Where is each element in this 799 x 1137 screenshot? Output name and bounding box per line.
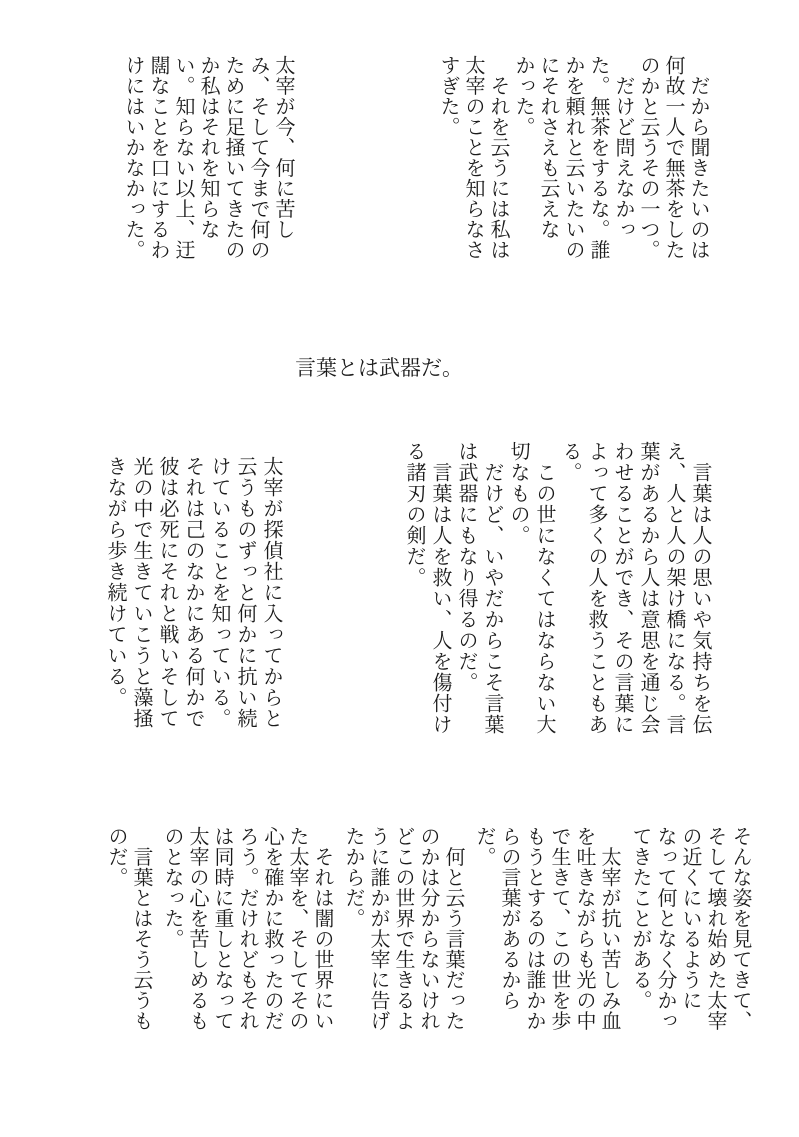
middle-left-text-section: 太宰が探偵社に入ってからと云うものずっと何かに抗い続けていることを知っている。そ…	[102, 456, 284, 730]
bottom-text-section: そんな姿を見てきて、そして壊れ始めた太宰の近くにいるようになって何となく分かって…	[103, 826, 752, 1032]
paragraph: 言葉は人の思いや気持ちを伝え、人と人の架け橋になる。言葉があるから人は意思を通じ…	[557, 441, 713, 736]
divider-line: 言葉とは武器だ。	[295, 352, 463, 382]
paragraph: そんな姿を見てきて、そして壊れ始めた太宰の近くにいるようになって何となく分かって…	[627, 826, 752, 1032]
paragraph: 太宰が今、何に苦しみ、そして今まで何のために足掻いてきたのか私はそれを知らない。…	[120, 55, 295, 261]
paragraph: だけど問えなかった。無茶をするな。誰かを頼れと云いたいのにそれさえも云えなかった…	[510, 55, 635, 261]
paragraph: 何と云う言葉だったのかは分からないけれどこの世界で生きるように誰かが太宰に告げた…	[340, 826, 465, 1032]
paragraph: 太宰が抗い苦しみ血を吐きながらも光の中で生きて、この世を歩もうとするのは誰かから…	[471, 826, 621, 1032]
section-gap	[295, 55, 435, 65]
paragraph: それは闇の世界にいた太宰を、そしてその心を確かに救ったのだろう。だけれどもそれは…	[159, 826, 334, 1032]
bottom-text-block: そんな姿を見てきて、そして壊れ始めた太宰の近くにいるようになって何となく分かって…	[103, 826, 752, 1032]
top-left-text-section: 太宰が今、何に苦しみ、そして今まで何のために足掻いてきたのか私はそれを知らない。…	[120, 55, 295, 261]
page: だから聞きたいのは何故一人で無茶をしたのかと云うその一つ。 だけど問えなかった。…	[0, 0, 799, 1137]
middle-text-block: 言葉は人の思いや気持ちを伝え、人と人の架け橋になる。言葉があるから人は意思を通じ…	[102, 441, 713, 736]
paragraph: それを云うには私は太宰のことを知らなさすぎた。	[435, 55, 510, 261]
paragraph: 太宰が探偵社に入ってからと云うものずっと何かに抗い続けていることを知っている。そ…	[102, 456, 284, 730]
section-gap	[284, 441, 401, 451]
paragraph: 言葉は人を救い、人を傷付ける諸刃の剣だ。	[401, 441, 453, 736]
middle-right-text-section: 言葉は人の思いや気持ちを伝え、人と人の架け橋になる。言葉があるから人は意思を通じ…	[401, 441, 713, 736]
paragraph: この世になくてはならない大切なもの。	[505, 441, 557, 736]
paragraph: だけど、いやだからこそ言葉は武器にもなり得るのだ。	[453, 441, 505, 736]
paragraph: だから聞きたいのは何故一人で無茶をしたのかと云うその一つ。	[635, 55, 710, 261]
paragraph: 言葉とはそう云うものだ。	[103, 826, 153, 1032]
top-text-block: だから聞きたいのは何故一人で無茶をしたのかと云うその一つ。 だけど問えなかった。…	[120, 55, 710, 261]
top-right-text-section: だから聞きたいのは何故一人で無茶をしたのかと云うその一つ。 だけど問えなかった。…	[435, 55, 710, 261]
